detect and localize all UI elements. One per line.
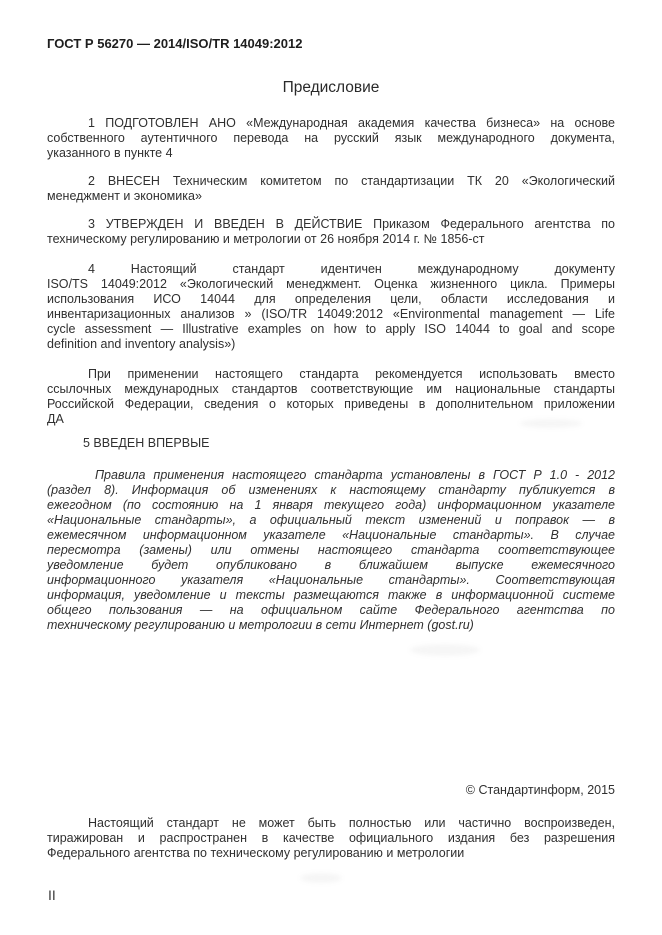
paragraph-line: Правила применения настоящего стандарта …: [47, 468, 615, 483]
paragraph-line: пересмотра (замены) или отмены настоящег…: [47, 543, 615, 558]
paragraph-line: 2 ВНЕСЕН Техническим комитетом по станда…: [47, 174, 615, 189]
paragraph-line: ежемесячном информационном указателе «На…: [47, 528, 615, 543]
recommendation-paragraph: При применении настоящего стандарта реко…: [47, 367, 615, 427]
page-number: II: [48, 888, 56, 903]
copyright-notice: © Стандартинформ, 2015: [47, 783, 615, 798]
paragraph-line: ежегодном (по состоянию на 1 января теку…: [47, 498, 615, 513]
foreword-item-2: 2 ВНЕСЕН Техническим комитетом по станда…: [47, 174, 615, 204]
paragraph-line: definition and inventory analysis»): [47, 337, 615, 352]
paragraph-line: «Национальные стандарты», а официальный …: [47, 513, 615, 528]
page-content: ГОСТ Р 56270 — 2014/ISO/TR 14049:2012 Пр…: [47, 36, 615, 861]
paragraph-line: ссылочных международных стандартов соотв…: [47, 382, 615, 397]
paragraph-line: cycle assessment — Illustrative examples…: [47, 322, 615, 337]
reproduction-restriction-paragraph: Настоящий стандарт не может быть полност…: [47, 816, 615, 861]
paragraph-line: инвентаризационных анализов » (ISO/TR 14…: [47, 307, 615, 322]
paragraph-line: (раздел 8). Информация об изменениях к н…: [47, 483, 615, 498]
paragraph-line: общего пользования — на официальном сайт…: [47, 603, 615, 618]
foreword-item-3: 3 УТВЕРЖДЕН И ВВЕДЕН В ДЕЙСТВИЕ Приказом…: [47, 217, 615, 247]
paragraph-line: 1 ПОДГОТОВЛЕН АНО «Международная академи…: [47, 116, 615, 131]
application-rules-paragraph: Правила применения настоящего стандарта …: [47, 468, 615, 633]
paragraph-line: ISO/TS 14049:2012 «Экологический менеджм…: [47, 277, 615, 292]
paragraph-line: уведомление будет опубликовано в ближайш…: [47, 558, 615, 573]
paragraph-line: 4 Настоящий стандарт идентичен междунаро…: [47, 262, 615, 277]
paragraph-line: менеджмент и экономика»: [47, 189, 615, 204]
foreword-item-5: 5 ВВЕДЕН ВПЕРВЫЕ: [47, 436, 615, 451]
paragraph-line: 3 УТВЕРЖДЕН И ВВЕДЕН В ДЕЙСТВИЕ Приказом…: [47, 217, 615, 232]
paragraph-line: Федерального агентства по техническому р…: [47, 846, 615, 861]
paragraph-line: При применении настоящего стандарта реко…: [47, 367, 615, 382]
document-page: ГОСТ Р 56270 — 2014/ISO/TR 14049:2012 Пр…: [0, 0, 662, 935]
paragraph-line: Настоящий стандарт не может быть полност…: [47, 816, 615, 831]
paragraph-line: указанного в пункте 4: [47, 146, 615, 161]
paragraph-line: собственного аутентичного перевода на ру…: [47, 131, 615, 146]
paragraph-line: техническому регулированию и метрологии …: [47, 232, 615, 247]
document-designation-header: ГОСТ Р 56270 — 2014/ISO/TR 14049:2012: [47, 36, 615, 51]
paragraph-line: Российской Федерации, сведения о которых…: [47, 397, 615, 412]
paragraph-line: информационного указателя «Национальные …: [47, 573, 615, 588]
paragraph-line: тиражирован и распространен в качестве о…: [47, 831, 615, 846]
foreword-item-4: 4 Настоящий стандарт идентичен междунаро…: [47, 262, 615, 352]
paragraph-line: ДА: [47, 412, 615, 427]
paragraph-line: информация, уведомление и тексты размеща…: [47, 588, 615, 603]
foreword-item-1: 1 ПОДГОТОВЛЕН АНО «Международная академи…: [47, 116, 615, 161]
page-title: Предисловие: [47, 79, 615, 96]
paragraph-line: использования ИСО 14044 для определения …: [47, 292, 615, 307]
scan-artifact: [300, 873, 342, 883]
paragraph-line: техническому регулированию и метрологии …: [47, 618, 615, 633]
